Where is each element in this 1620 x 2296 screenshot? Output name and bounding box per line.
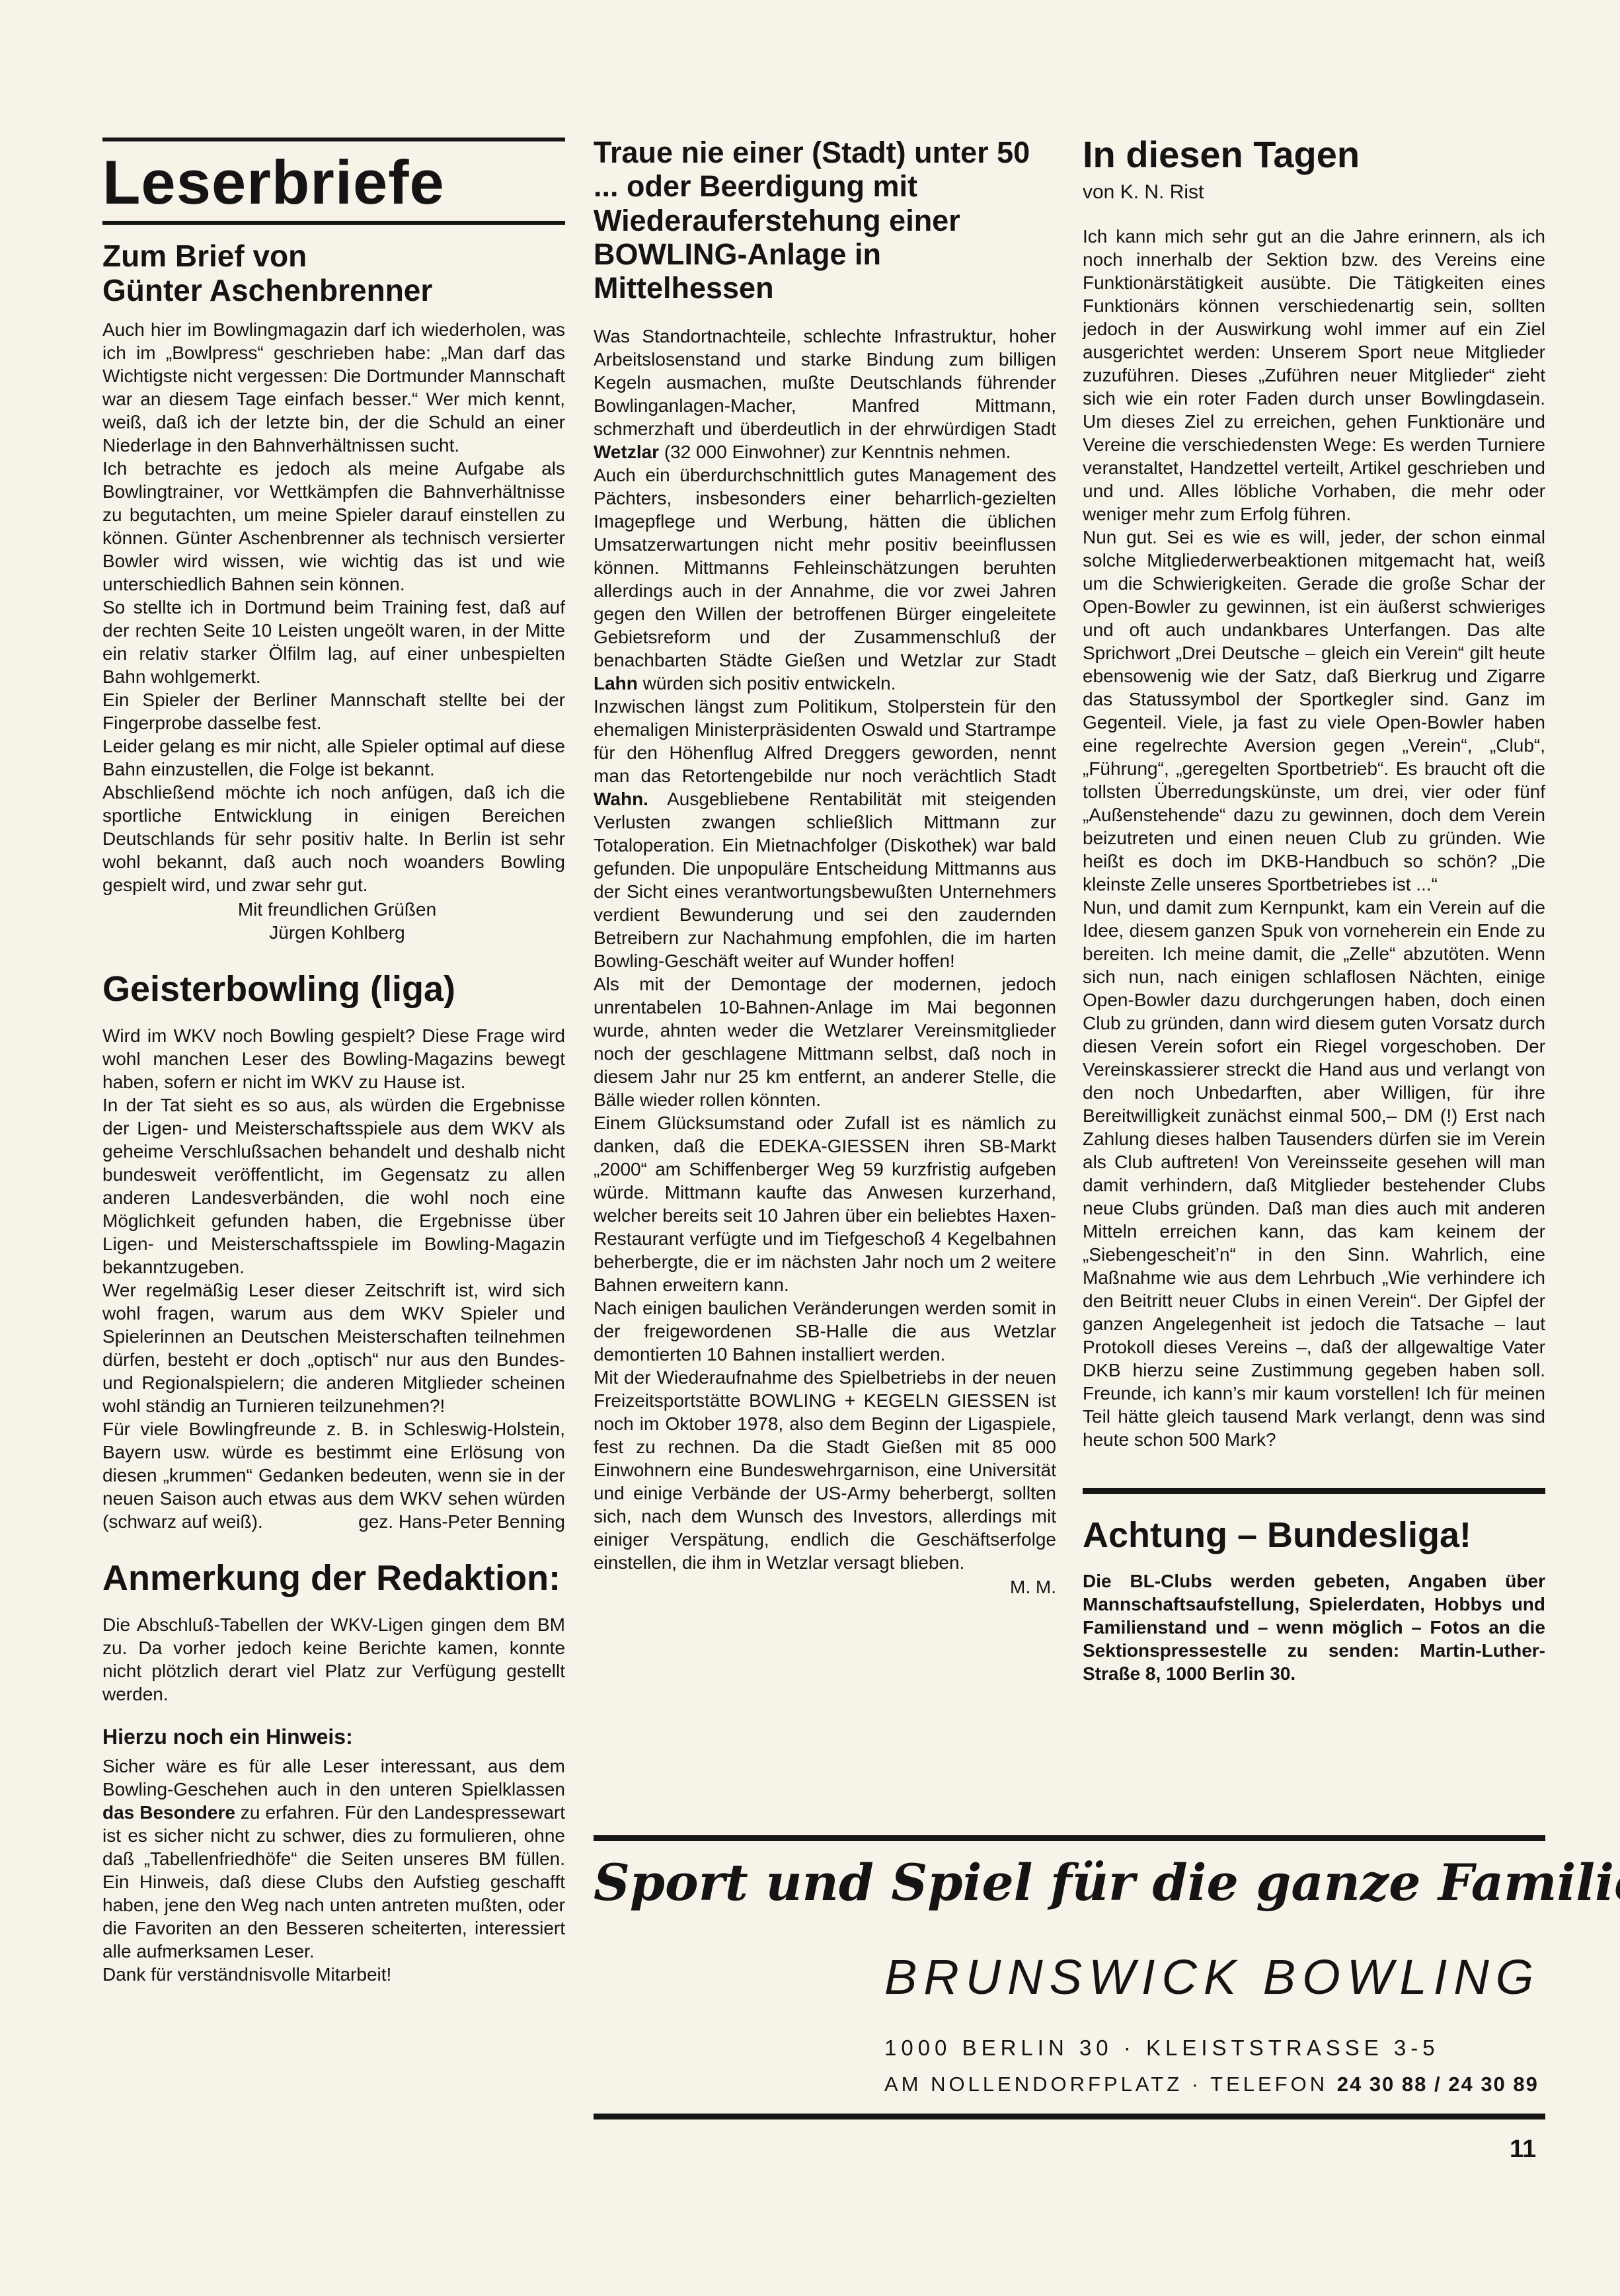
editor-note-paragraph: Die Abschluß-Tabellen der WKV-Ligen ging… [102,1613,565,1706]
letter1-heading: Zum Brief vonGünter Aschenbrenner [102,239,565,307]
column-byline: von K. N. Rist [1083,181,1545,204]
column-heading: In diesen Tagen [1083,136,1545,175]
letter2-paragraph: Wer regelmäßig Leser dieser Zeitschrift … [102,1279,565,1417]
article-heading: Traue nie einer (Stadt) unter 50... oder… [594,136,1056,305]
letter1-heading-line2: Günter Aschenbrenner [102,274,565,308]
signoff-name: Jürgen Kohlberg [228,921,446,944]
ad-rule-bottom [594,2114,1545,2119]
column-paragraph: Ich kann mich sehr gut an die Jahre erin… [1083,225,1545,526]
hint-paragraph: Sicher wäre es für alle Leser interessan… [102,1755,565,1963]
brunswick-ad: Sport und Spiel für die ganze Familie BR… [594,1835,1545,2119]
letter1-paragraph: Ein Spieler der Berliner Mannschaft stel… [102,688,565,734]
letter1-paragraph: So stellte ich in Dortmund beim Training… [102,596,565,688]
article-heading-part2: ... oder Beerdigung mit Wiederauferstehu… [594,169,1056,305]
article-paragraph: Nach einigen baulichen Veränderungen wer… [594,1296,1056,1366]
column-paragraph: Nun gut. Sei es wie es will, jeder, der … [1083,526,1545,896]
ad-rule-top [594,1835,1545,1841]
article-paragraph: Auch ein überdurchschnittlich gutes Mana… [594,463,1056,695]
ad-address-line1: 1000 BERLIN 30 · KLEISTSTRASSE 3-5 [884,2036,1545,2061]
article-paragraph: Als mit der Demontage der modernen, jedo… [594,972,1056,1111]
article-heading-part1: Traue nie einer (Stadt) unter 50 [594,136,1056,169]
hint-closing: Dank für verständnisvolle Mitarbeit! [102,1963,565,1986]
ad-address-line2: AM NOLLENDORFPLATZ · TELEFON 24 30 88 / … [884,2073,1545,2096]
letter1-signoff: Mit freundlichen Grüßen Jürgen Kohlberg [228,898,446,944]
bundesliga-notice: Die BL-Clubs werden gebeten, Angaben übe… [1083,1569,1545,1685]
letter1-paragraph: Leider gelang es mir nicht, alle Spieler… [102,734,565,781]
ad-address-line2-label: AM NOLLENDORFPLATZ · TELEFON [884,2073,1337,2096]
magazine-page: Leserbriefe Zum Brief vonGünter Aschenbr… [0,0,1620,2296]
article-paragraph: Mit der Wiederaufnahme des Spielbetriebs… [594,1366,1056,1574]
column-wetzlar-article: Traue nie einer (Stadt) unter 50... oder… [594,136,1056,1599]
masthead-rule-top [102,138,565,141]
ad-brand-name: BRUNSWICK BOWLING [884,1949,1545,2005]
masthead-rule-bottom [102,221,565,225]
signoff-greeting: Mit freundlichen Grüßen [228,898,446,921]
column-paragraph: Nun, und damit zum Kernpunkt, kam ein Ve… [1083,896,1545,1451]
letter1-heading-line1: Zum Brief von [102,239,565,274]
letter2-paragraph: Wird im WKV noch Bowling gespielt? Diese… [102,1024,565,1093]
letter1-paragraph: Ich betrachte es jedoch als meine Aufgab… [102,457,565,596]
bundesliga-heading: Achtung – Bundesliga! [1083,1517,1545,1554]
article-author-initials: M. M. [594,1575,1056,1599]
article-paragraph: Inzwischen längst zum Politikum, Stolper… [594,695,1056,972]
column-leserbriefe: Leserbriefe Zum Brief vonGünter Aschenbr… [102,138,565,1986]
column-in-diesen-tagen: In diesen Tagen von K. N. Rist Ich kann … [1083,136,1545,1685]
letter2-heading: Geisterbowling (liga) [102,970,565,1008]
letter1-paragraph: Auch hier im Bowlingmagazin darf ich wie… [102,318,565,457]
letter2-paragraph: In der Tat sieht es so aus, als würden d… [102,1093,565,1279]
editor-note-heading: Anmerkung der Redaktion: [102,1560,565,1597]
ad-phone-numbers: 24 30 88 / 24 30 89 [1337,2073,1539,2096]
hint-heading: Hierzu noch ein Hinweis: [102,1724,565,1749]
ad-slogan: Sport und Spiel für die ganze Familie [594,1853,1545,1912]
letter2-last-paragraph: Für viele Bowlingfreunde z. B. in Schles… [102,1417,565,1533]
letter2-signature: gez. Hans-Peter Benning [358,1510,565,1533]
page-title: Leserbriefe [102,152,565,213]
bundesliga-divider-rule [1083,1488,1545,1494]
ad-address-block: BRUNSWICK BOWLING 1000 BERLIN 30 · KLEIS… [884,1949,1545,2096]
letter1-paragraph: Abschließend möchte ich noch anfügen, da… [102,781,565,896]
article-paragraph: Einem Glücksumstand oder Zufall ist es n… [594,1111,1056,1296]
article-paragraph: Was Standortnachteile, schlechte Infrast… [594,325,1056,463]
page-number: 11 [1510,2135,1536,2164]
